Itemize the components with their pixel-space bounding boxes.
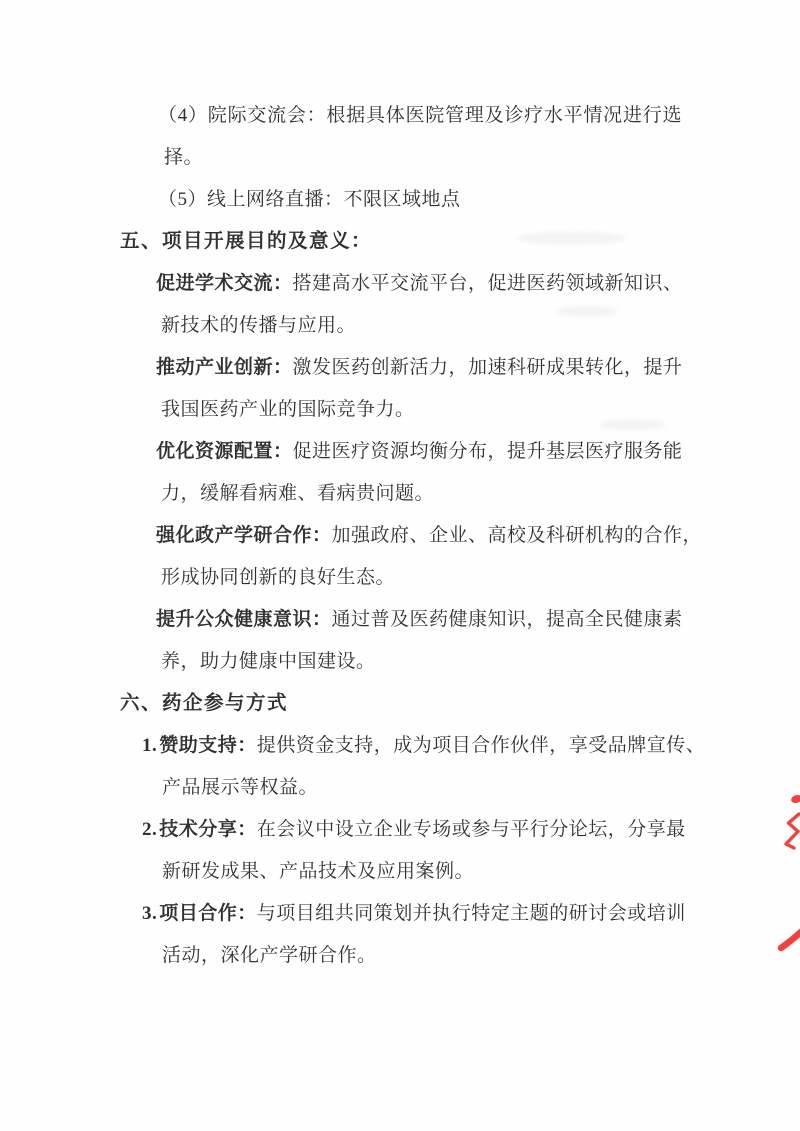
scan-smudge [600,420,666,430]
text-line: 提升公众健康意识：通过普及医药健康知识，提高全民健康素 [156,599,682,641]
goal-lead: 推动产业创新： [156,357,293,378]
red-ink-stroke [781,931,800,948]
item-number: 3. [142,903,157,924]
text-line: 促进学术交流：搭建高水平交流平台，促进医药领域新知识、 [156,263,682,305]
text-line: 优化资源配置：促进医疗资源均衡分布，提升基层医疗服务能 [156,431,682,473]
text-line: 推动产业创新：激发医药创新活力，加速科研成果转化，提升 [156,347,682,389]
item-lead: 技术分享： [159,819,257,840]
item-text: 提供资金支持，成为项目合作伙伴，享受品牌宣传、 [257,735,706,756]
section-six-heading: 六、药企参与方式 [120,683,682,725]
goal-text: 激发医药创新活力，加速科研成果转化，提升 [293,357,683,378]
text-line: （5）线上网络直播：不限区域地点 [158,179,682,221]
text-line: （4）院际交流会：根据具体医院管理及诊疗水平情况进行选 [158,95,682,137]
participation-item-tech-sharing: 2.技术分享：在会议中设立企业专场或参与平行分论坛，分享最 新研发成果、产品技术… [120,809,682,893]
text-line: 择。 [164,137,682,179]
goal-lead: 优化资源配置： [156,441,293,462]
goal-text: 搭建高水平交流平台，促进医药领域新知识、 [293,273,683,294]
goal-item-gov-industry-academia: 强化政产学研合作：加强政府、企业、高校及科研机构的合作， 形成协同创新的良好生态… [120,515,682,599]
item-number: 1. [142,735,157,756]
text-line: 活动，深化产学研合作。 [162,935,682,977]
participation-item-project-cooperation: 3.项目合作：与项目组共同策划并执行特定主题的研讨会或培训 活动，深化产学研合作… [120,893,682,977]
document-body: （4）院际交流会：根据具体医院管理及诊疗水平情况进行选 择。 （5）线上网络直播… [120,95,682,977]
goal-item-industry-innovation: 推动产业创新：激发医药创新活力，加速科研成果转化，提升 我国医药产业的国际竞争力… [120,347,682,431]
item-lead: 项目合作： [159,903,257,924]
text-line: 产品展示等权益。 [162,767,682,809]
text-line: 形成协同创新的良好生态。 [161,557,682,599]
goal-text: 通过普及医药健康知识，提高全民健康素 [332,609,683,630]
red-ink-squiggle [786,814,799,848]
text-line: 新研发成果、产品技术及应用案例。 [162,851,682,893]
list-item-5: （5）线上网络直播：不限区域地点 [120,179,682,221]
text-line: 强化政产学研合作：加强政府、企业、高校及科研机构的合作， [156,515,682,557]
item-number: 2. [142,819,157,840]
text-line: 力，缓解看病难、看病贵问题。 [161,473,682,515]
list-item-4: （4）院际交流会：根据具体医院管理及诊疗水平情况进行选 择。 [120,95,682,179]
goal-item-public-health-awareness: 提升公众健康意识：通过普及医药健康知识，提高全民健康素 养，助力健康中国建设。 [120,599,682,683]
goal-text: 加强政府、企业、高校及科研机构的合作， [332,525,703,546]
scan-smudge [516,232,626,244]
item-lead: 赞助支持： [159,735,257,756]
goal-item-resource-allocation: 优化资源配置：促进医疗资源均衡分布，提升基层医疗服务能 力，缓解看病难、看病贵问… [120,431,682,515]
goal-item-academic-exchange: 促进学术交流：搭建高水平交流平台，促进医药领域新知识、 新技术的传播与应用。 [120,263,682,347]
goal-lead: 强化政产学研合作： [156,525,332,546]
goal-lead: 提升公众健康意识： [156,609,332,630]
scan-smudge [556,306,618,316]
text-line: 2.技术分享：在会议中设立企业专场或参与平行分论坛，分享最 [162,809,682,851]
text-line: 养，助力健康中国建设。 [161,641,682,683]
text-line: 1.赞助支持：提供资金支持，成为项目合作伙伴，享受品牌宣传、 [162,725,682,767]
goal-text: 促进医疗资源均衡分布，提升基层医疗服务能 [293,441,683,462]
text-line: 3.项目合作：与项目组共同策划并执行特定主题的研讨会或培训 [162,893,682,935]
red-ink-dot [790,794,800,805]
participation-item-sponsorship: 1.赞助支持：提供资金支持，成为项目合作伙伴，享受品牌宣传、 产品展示等权益。 [120,725,682,809]
goal-lead: 促进学术交流： [156,273,293,294]
item-text: 与项目组共同策划并执行特定主题的研讨会或培训 [257,903,686,924]
item-text: 在会议中设立企业专场或参与平行分论坛，分享最 [257,819,686,840]
scanned-document-page: （4）院际交流会：根据具体医院管理及诊疗水平情况进行选 择。 （5）线上网络直播… [0,0,800,1131]
